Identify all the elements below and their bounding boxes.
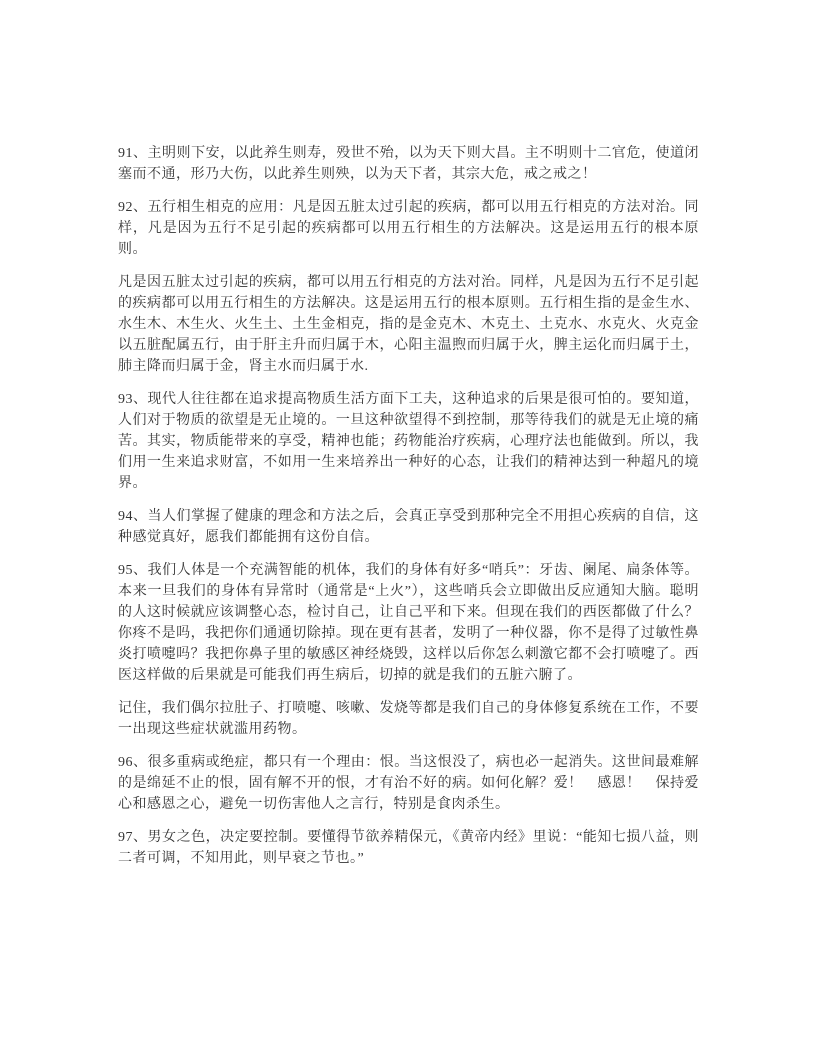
paragraph-91: 91、主明则下安，以此养生则寿，殁世不殆，以为天下则大昌。主不明则十二官危，使道… [118, 143, 699, 185]
document-page: 91、主明则下安，以此养生则寿，殁世不殆，以为天下则大昌。主不明则十二官危，使道… [0, 0, 816, 1056]
paragraph-five-elements-detail: 凡是因五脏太过引起的疾病，都可以用五行相克的方法对治。同样，凡是因为五行不足引起… [118, 272, 699, 377]
paragraph-96: 96、很多重病或绝症，都只有一个理由：恨。当这恨没了，病也必一起消失。这世间最难… [118, 752, 699, 815]
paragraph-94: 94、当人们掌握了健康的理念和方法之后，会真正享受到那种完全不用担心疾病的自信，… [118, 506, 699, 548]
paragraph-97: 97、男女之色，决定要控制。要懂得节欲养精保元，《黄帝内经》里说：“能知七损八益… [118, 827, 699, 869]
paragraph-92: 92、五行相生相克的应用：凡是因五脏太过引起的疾病，都可以用五行相克的方法对治。… [118, 197, 699, 260]
paragraph-93: 93、现代人往往都在追求提高物质生活方面下工夫，这种追求的后果是很可怕的。要知道… [118, 389, 699, 494]
paragraph-remember-note: 记住，我们偶尔拉肚子、打喷嚏、咳嗽、发烧等都是我们自己的身体修复系统在工作，不要… [118, 698, 699, 740]
paragraph-95: 95、我们人体是一个充满智能的机体，我们的身体有好多“哨兵”：牙齿、阑尾、扁条体… [118, 560, 699, 686]
